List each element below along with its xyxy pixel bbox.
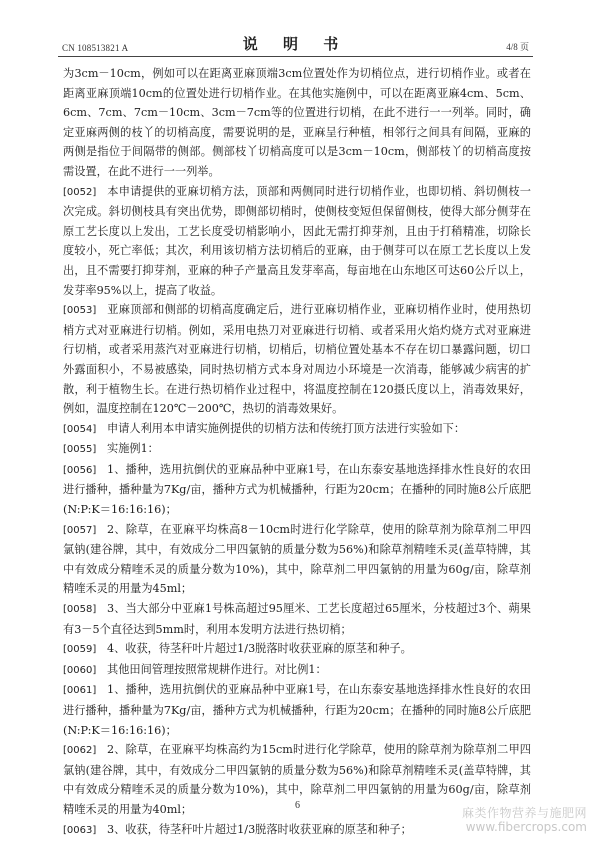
- paragraph-number: [0052]: [63, 183, 107, 203]
- paragraph-number: [0062]: [63, 741, 107, 761]
- paragraph-number: [0063]: [63, 821, 107, 841]
- paragraph-0053: [0053]亚麻顶部和侧部的切梢高度确定后，进行亚麻切梢作业，亚麻切梢作业时，使…: [63, 300, 531, 419]
- paragraph-0056: [0056]1、播种，选用抗倒伏的亚麻品种中亚麻1号，在山东泰安基地选择排水性良…: [63, 460, 531, 520]
- paragraph-text: 申请人利用本申请实施例提供的切梢方法和传统打顶方法进行实验如下：: [107, 422, 465, 435]
- paragraph-0061: [0061]1、播种，选用抗倒伏的亚麻品种中亚麻1号，在山东泰安基地选择排水性良…: [63, 680, 531, 740]
- paragraph-number: [0057]: [63, 521, 107, 541]
- paragraph-number: [0058]: [63, 600, 107, 620]
- paragraph-text: 3、当大部分中亚麻1号株高超过95厘米、工艺长度超过65厘米，分枝超过3个、蒴果…: [63, 602, 531, 636]
- paragraph-text: 为3cm－10cm，例如可以在距离亚麻顶端3cm位置处作为切梢位点，进行切梢作业…: [63, 67, 531, 178]
- paragraph-text: 其他田间管理按照常规耕作进行。对比例1：: [107, 663, 327, 676]
- paragraph-0052: [0052]本申请提供的亚麻切梢方法，顶部和两侧同时进行切梢作业，也即切梢、斜切…: [63, 182, 531, 301]
- paragraph-0057: [0057]2、除草，在亚麻平均株高8－10cm时进行化学除草，使用的除草剂为除…: [63, 520, 531, 599]
- document-title: 说 明 书: [58, 33, 533, 54]
- paragraph-number: [0053]: [63, 301, 107, 321]
- document-body: 为3cm－10cm，例如可以在距离亚麻顶端3cm位置处作为切梢位点，进行切梢作业…: [63, 64, 531, 840]
- paragraph-text: 1、播种，选用抗倒伏的亚麻品种中亚麻1号，在山东泰安基地选择排水性良好的农田进行…: [63, 463, 531, 516]
- watermark-url: www.fibercrops.com: [462, 820, 587, 834]
- paragraph-0063: [0063]3、收获，待茎秆叶片超过1/3脱落时收获亚麻的原茎和种子；: [63, 820, 531, 841]
- paragraph-text: 实施例1：: [107, 442, 159, 455]
- paragraph-number: [0059]: [63, 640, 107, 660]
- paragraph-number: [0056]: [63, 461, 107, 481]
- paragraph-0058: [0058]3、当大部分中亚麻1号株高超过95厘米、工艺长度超过65厘米，分枝超…: [63, 599, 531, 639]
- paragraph-number: [0055]: [63, 440, 107, 460]
- watermark: 麻类作物营养与施肥网 www.fibercrops.com: [462, 806, 587, 834]
- paragraph-text: 4、收获，待茎秆叶片超过1/3脱落时收获亚麻的原茎和种子。: [107, 642, 412, 655]
- paragraph-text: 3、收获，待茎秆叶片超过1/3脱落时收获亚麻的原茎和种子；: [107, 823, 412, 836]
- paragraph-number: [0060]: [63, 661, 107, 681]
- page-indicator: 4/8 页: [506, 40, 529, 53]
- paragraph-text: 2、除草，在亚麻平均株高8－10cm时进行化学除草，使用的除草剂为除草剂二甲四氯…: [63, 523, 531, 596]
- paragraph-0060: [0060]其他田间管理按照常规耕作进行。对比例1：: [63, 660, 531, 681]
- paragraph-text: 本申请提供的亚麻切梢方法，顶部和两侧同时进行切梢作业，也即切梢、斜切侧枝一次完成…: [63, 185, 531, 297]
- paragraph-0055: [0055]实施例1：: [63, 439, 531, 460]
- paragraph-number: [0061]: [63, 681, 107, 701]
- paragraph-text: 亚麻顶部和侧部的切梢高度确定后，进行亚麻切梢作业，亚麻切梢作业时，使用热切梢方式…: [63, 303, 531, 415]
- page-header: CN 108513821 A 说 明 书 4/8 页: [58, 34, 533, 57]
- watermark-site-name: 麻类作物营养与施肥网: [462, 806, 587, 820]
- paragraph-0059: [0059]4、收获，待茎秆叶片超过1/3脱落时收获亚麻的原茎和种子。: [63, 639, 531, 660]
- paragraph-continued: 为3cm－10cm，例如可以在距离亚麻顶端3cm位置处作为切梢位点，进行切梢作业…: [63, 64, 531, 182]
- paragraph-text: 1、播种，选用抗倒伏的亚麻品种中亚麻1号，在山东泰安基地选择排水性良好的农田进行…: [63, 683, 531, 736]
- paragraph-number: [0054]: [63, 420, 107, 440]
- paragraph-0054: [0054]申请人利用本申请实施例提供的切梢方法和传统打顶方法进行实验如下：: [63, 419, 531, 440]
